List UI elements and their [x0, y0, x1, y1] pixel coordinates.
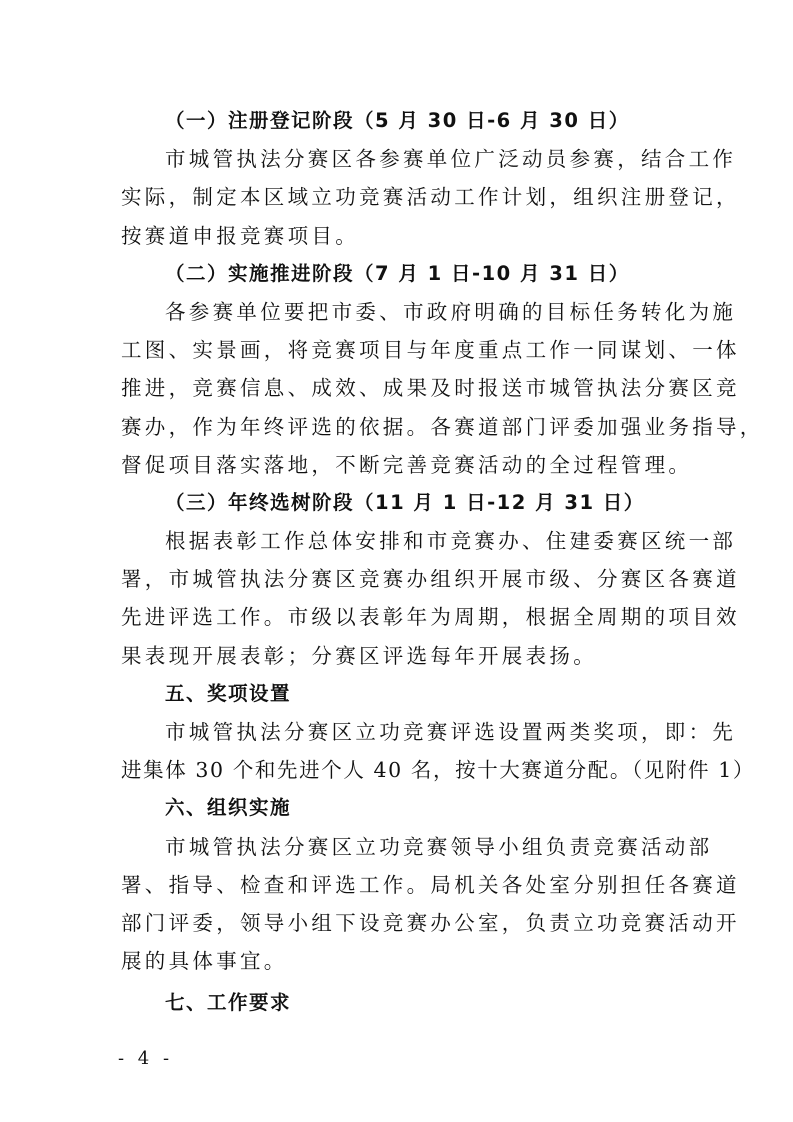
- section-heading-year-end: （三）年终选树阶段（11 月 1 日-12 月 31 日）: [121, 484, 677, 522]
- paragraph-line: 各参赛单位要把市委、市政府明确的目标任务转化为施: [121, 293, 677, 331]
- page-number: - 4 -: [118, 1048, 173, 1069]
- paragraph-line: 果表现开展表彰；分赛区评选每年开展表扬。: [121, 637, 677, 675]
- document-page: （一）注册登记阶段（5 月 30 日-6 月 30 日） 市城管执法分赛区各参赛…: [121, 102, 677, 1023]
- paragraph-line: 推进，竞赛信息、成效、成果及时报送市城管执法分赛区竞: [121, 369, 677, 407]
- paragraph-line: 市城管执法分赛区各参赛单位广泛动员参赛，结合工作: [121, 140, 677, 178]
- paragraph-line: 部门评委，领导小组下设竞赛办公室，负责立功竞赛活动开: [121, 904, 677, 942]
- paragraph-line: 实际，制定本区域立功竞赛活动工作计划，组织注册登记，: [121, 178, 677, 216]
- paragraph-line: 展的具体事宜。: [121, 942, 677, 980]
- paragraph-line: 督促项目落实落地，不断完善竞赛活动的全过程管理。: [121, 446, 677, 484]
- section-heading-organization: 六、组织实施: [121, 789, 677, 827]
- section-heading-implementation: （二）实施推进阶段（7 月 1 日-10 月 31 日）: [121, 255, 677, 293]
- section-heading-registration: （一）注册登记阶段（5 月 30 日-6 月 30 日）: [121, 102, 677, 140]
- paragraph-line: 工图、实景画，将竞赛项目与年度重点工作一同谋划、一体: [121, 331, 677, 369]
- paragraph-line: 市城管执法分赛区立功竞赛领导小组负责竞赛活动部: [121, 828, 677, 866]
- section-heading-requirements: 七、工作要求: [121, 984, 677, 1022]
- paragraph-line: 市城管执法分赛区立功竞赛评选设置两类奖项，即：先: [121, 713, 677, 751]
- paragraph-line: 署、指导、检查和评选工作。局机关各处室分别担任各赛道: [121, 866, 677, 904]
- paragraph-line: 进集体 30 个和先进个人 40 名，按十大赛道分配。（见附件 1）: [121, 751, 677, 789]
- paragraph-line: 署，市城管执法分赛区竞赛办组织开展市级、分赛区各赛道: [121, 560, 677, 598]
- paragraph-line: 先进评选工作。市级以表彰年为周期，根据全周期的项目效: [121, 598, 677, 636]
- section-heading-awards: 五、奖项设置: [121, 675, 677, 713]
- paragraph-line: 根据表彰工作总体安排和市竞赛办、住建委赛区统一部: [121, 522, 677, 560]
- paragraph-line: 按赛道申报竞赛项目。: [121, 217, 677, 255]
- paragraph-line: 赛办，作为年终评选的依据。各赛道部门评委加强业务指导，: [121, 408, 677, 446]
